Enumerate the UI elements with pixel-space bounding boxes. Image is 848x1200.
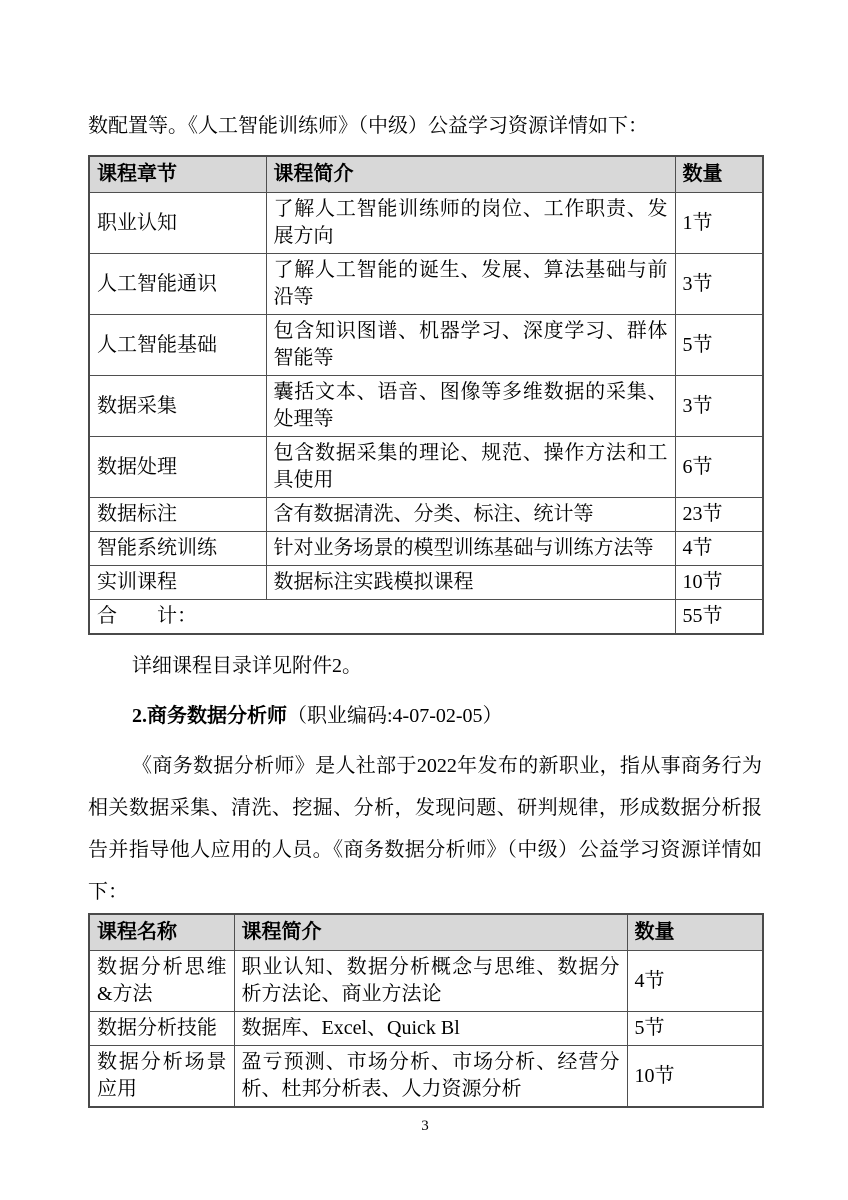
course-name-cell: 数据标注 (89, 498, 266, 532)
table-row: 数据标注含有数据清洗、分类、标注、统计等23节 (89, 498, 763, 532)
course-name-cell: 数据采集 (89, 376, 266, 437)
appendix-note: 详细课程目录详见附件2。 (88, 654, 762, 678)
total-value-cell: 55节 (675, 600, 763, 635)
table-row: 数据分析场景应用盈亏预测、市场分析、市场分析、经营分析、杜邦分析表、人力资源分析… (89, 1046, 763, 1108)
section-heading-code: （职业编码:4-07-02-05） (287, 705, 503, 727)
course-count-cell: 3节 (675, 376, 763, 437)
course-name-cell: 数据分析思维&方法 (89, 951, 234, 1012)
course-intro-cell: 了解人工智能的诞生、发展、算法基础与前沿等 (266, 254, 675, 315)
business-analyst-course-table: 课程名称 课程简介 数量 数据分析思维&方法职业认知、数据分析概念与思维、数据分… (88, 913, 764, 1108)
course-count-cell: 23节 (675, 498, 763, 532)
course-name-cell: 数据分析场景应用 (89, 1046, 234, 1108)
course-intro-cell: 了解人工智能训练师的岗位、工作职责、发展方向 (266, 193, 675, 254)
table-row: 实训课程数据标注实践模拟课程10节 (89, 566, 763, 600)
total-label-cell: 合 计： (89, 600, 675, 635)
body-paragraph: 《商务数据分析师》是人社部于2022年发布的新职业，指从事商务行为相关数据采集、… (88, 745, 762, 913)
table-row: 智能系统训练针对业务场景的模型训练基础与训练方法等4节 (89, 532, 763, 566)
course-intro-cell: 囊括文本、语音、图像等多维数据的采集、处理等 (266, 376, 675, 437)
course-intro-cell: 包含知识图谱、机器学习、深度学习、群体智能等 (266, 315, 675, 376)
header-course-intro: 课程简介 (234, 914, 627, 951)
course-name-cell: 智能系统训练 (89, 532, 266, 566)
course-intro-cell: 盈亏预测、市场分析、市场分析、经营分析、杜邦分析表、人力资源分析 (234, 1046, 627, 1108)
table-row: 人工智能基础包含知识图谱、机器学习、深度学习、群体智能等5节 (89, 315, 763, 376)
table-header-row: 课程名称 课程简介 数量 (89, 914, 763, 951)
document-page: 数配置等。《人工智能训练师》（中级）公益学习资源详情如下： 课程章节 课程简介 … (0, 0, 848, 1200)
course-intro-cell: 含有数据清洗、分类、标注、统计等 (266, 498, 675, 532)
header-course-name: 课程名称 (89, 914, 234, 951)
section-heading: 2.商务数据分析师（职业编码:4-07-02-05） (88, 704, 762, 728)
page-number: 3 (88, 1117, 762, 1135)
course-intro-cell: 数据库、Excel、Quick Bl (234, 1012, 627, 1046)
course-intro-cell: 包含数据采集的理论、规范、操作方法和工具使用 (266, 437, 675, 498)
header-course-intro: 课程简介 (266, 156, 675, 193)
table-row: 数据分析技能数据库、Excel、Quick Bl5节 (89, 1012, 763, 1046)
header-course-count: 数量 (627, 914, 763, 951)
course-count-cell: 6节 (675, 437, 763, 498)
course-count-cell: 10节 (627, 1046, 763, 1108)
course-count-cell: 4节 (675, 532, 763, 566)
course-count-cell: 5节 (675, 315, 763, 376)
table-row: 职业认知了解人工智能训练师的岗位、工作职责、发展方向1节 (89, 193, 763, 254)
course-name-cell: 数据分析技能 (89, 1012, 234, 1046)
section-heading-title: 2.商务数据分析师 (132, 705, 287, 727)
ai-trainer-course-table: 课程章节 课程简介 数量 职业认知了解人工智能训练师的岗位、工作职责、发展方向1… (88, 155, 764, 635)
course-count-cell: 10节 (675, 566, 763, 600)
course-name-cell: 人工智能通识 (89, 254, 266, 315)
course-count-cell: 3节 (675, 254, 763, 315)
intro-line: 数配置等。《人工智能训练师》（中级）公益学习资源详情如下： (88, 112, 762, 140)
course-count-cell: 5节 (627, 1012, 763, 1046)
table-row: 数据采集囊括文本、语音、图像等多维数据的采集、处理等3节 (89, 376, 763, 437)
table-row: 人工智能通识了解人工智能的诞生、发展、算法基础与前沿等3节 (89, 254, 763, 315)
course-name-cell: 数据处理 (89, 437, 266, 498)
course-name-cell: 职业认知 (89, 193, 266, 254)
header-course-chapter: 课程章节 (89, 156, 266, 193)
table-row: 数据处理包含数据采集的理论、规范、操作方法和工具使用6节 (89, 437, 763, 498)
course-name-cell: 人工智能基础 (89, 315, 266, 376)
course-intro-cell: 数据标注实践模拟课程 (266, 566, 675, 600)
table-row: 数据分析思维&方法职业认知、数据分析概念与思维、数据分析方法论、商业方法论4节 (89, 951, 763, 1012)
course-intro-cell: 职业认知、数据分析概念与思维、数据分析方法论、商业方法论 (234, 951, 627, 1012)
course-intro-cell: 针对业务场景的模型训练基础与训练方法等 (266, 532, 675, 566)
course-count-cell: 4节 (627, 951, 763, 1012)
course-name-cell: 实训课程 (89, 566, 266, 600)
page-content: 数配置等。《人工智能训练师》（中级）公益学习资源详情如下： 课程章节 课程简介 … (88, 112, 762, 1135)
table-header-row: 课程章节 课程简介 数量 (89, 156, 763, 193)
table-total-row: 合 计： 55节 (89, 600, 763, 635)
course-count-cell: 1节 (675, 193, 763, 254)
header-course-count: 数量 (675, 156, 763, 193)
